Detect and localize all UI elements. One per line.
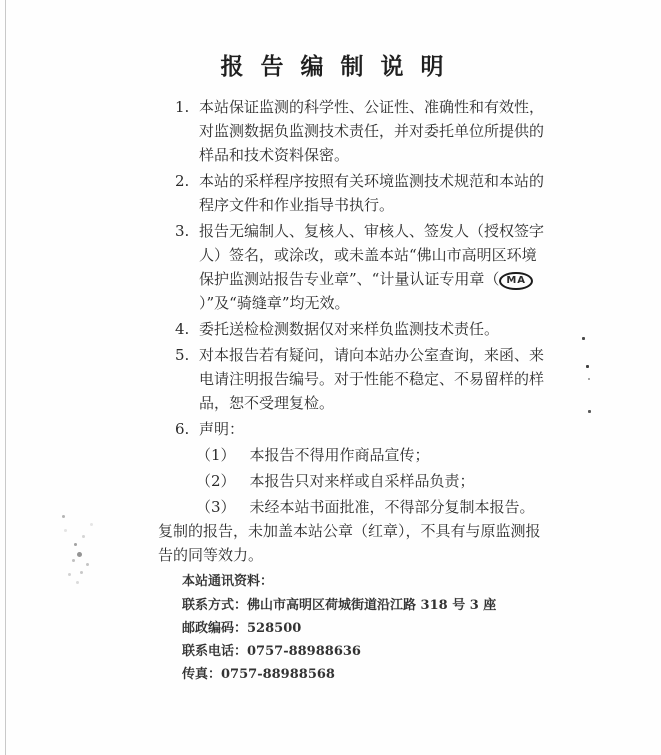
contact-postcode-line: 邮政编码：528500 — [182, 622, 661, 636]
clause-text-before-seal: 报告无编制人、复核人、审核人、签发人（授权签字人）签名，或涂改，或未盖本站“佛山… — [199, 222, 544, 288]
clause-4: 4. 委托送检检测数据仅对来样负监测技术责任。 — [175, 317, 547, 341]
clause-number: 2. — [175, 169, 199, 217]
scan-edge-line — [5, 0, 6, 755]
clause-6: 6. 声明： — [175, 417, 547, 441]
clause-number: 3. — [175, 219, 199, 315]
declaration-text: 本报告不得用作商品宣传； — [250, 446, 430, 464]
clause-number: 4. — [175, 317, 199, 341]
scan-speck — [588, 410, 591, 413]
contact-value: 528500 — [247, 621, 301, 636]
contact-phone-line: 联系电话：0757-88988636 — [182, 645, 661, 659]
clause-1: 1. 本站保证监测的科学性、公证性、准确性和有效性，对监测数据负监测技术责任，并… — [175, 95, 547, 167]
contact-label: 传真： — [182, 667, 221, 682]
contact-address-line: 联系方式：佛山市高明区荷城街道沿江路 318 号 3 座 — [182, 599, 661, 613]
clause-text: 对本报告若有疑问，请向本站办公室查询，来函、来电请注明报告编号。对于性能不稳定、… — [199, 343, 547, 415]
clause-number: 6. — [175, 417, 199, 441]
scan-smudge-mark — [62, 515, 65, 518]
declaration-number: （3） — [196, 498, 236, 516]
clause-2: 2. 本站的采样程序按照有关环境监测技术规范和本站的程序文件和作业指导书执行。 — [175, 169, 547, 217]
scanned-document-page: 报告编制说明 1. 本站保证监测的科学性、公证性、准确性和有效性，对监测数据负监… — [0, 0, 661, 755]
contact-value: 佛山市高明区荷城街道沿江路 318 号 3 座 — [247, 598, 496, 613]
declaration-3: （3）未经本站书面批准，不得部分复制本报告。复制的报告，未加盖本站公章（红章），… — [158, 495, 548, 567]
clause-text-after-seal: ）”及“骑缝章”均无效。 — [199, 294, 350, 312]
clause-text: 报告无编制人、复核人、审核人、签发人（授权签字人）签名，或涂改，或未盖本站“佛山… — [199, 219, 547, 315]
declaration-1: （1）本报告不得用作商品宣传； — [196, 443, 548, 467]
contact-label: 邮政编码： — [182, 621, 247, 636]
contact-info-block: 本站通讯资料： 联系方式：佛山市高明区荷城街道沿江路 318 号 3 座 邮政编… — [182, 575, 661, 682]
scan-speck — [588, 378, 590, 380]
clause-text: 委托送检检测数据仅对来样负监测技术责任。 — [199, 317, 547, 341]
clause-text: 声明： — [199, 417, 547, 441]
clause-text: 本站的采样程序按照有关环境监测技术规范和本站的程序文件和作业指导书执行。 — [199, 169, 547, 217]
clause-5: 5. 对本报告若有疑问，请向本站办公室查询，来函、来电请注明报告编号。对于性能不… — [175, 343, 547, 415]
clause-text: 本站保证监测的科学性、公证性、准确性和有效性，对监测数据负监测技术责任，并对委托… — [199, 95, 547, 167]
contact-label: 联系方式： — [182, 598, 247, 613]
scan-speck — [582, 337, 585, 340]
numbered-clause-list: 1. 本站保证监测的科学性、公证性、准确性和有效性，对监测数据负监测技术责任，并… — [175, 95, 547, 441]
clause-3: 3. 报告无编制人、复核人、审核人、签发人（授权签字人）签名，或涂改，或未盖本站… — [175, 219, 547, 315]
contact-fax-line: 传真：0757-88988568 — [182, 668, 661, 682]
contact-label: 联系电话： — [182, 644, 247, 659]
contact-value: 0757-88988568 — [221, 667, 335, 682]
declaration-number: （1） — [196, 446, 236, 464]
page-title: 报告编制说明 — [0, 0, 661, 95]
clause-number: 5. — [175, 343, 199, 415]
contact-value: 0757-88988636 — [247, 644, 361, 659]
declaration-2: （2）本报告只对来样或自采样品负责； — [196, 469, 548, 493]
declaration-number: （2） — [196, 472, 236, 490]
scan-speck — [586, 365, 589, 368]
clause-number: 1. — [175, 95, 199, 167]
cma-seal-mark: MA — [499, 272, 533, 290]
declaration-text: 本报告只对来样或自采样品负责； — [250, 472, 475, 490]
contact-heading: 本站通讯资料： — [182, 575, 661, 589]
